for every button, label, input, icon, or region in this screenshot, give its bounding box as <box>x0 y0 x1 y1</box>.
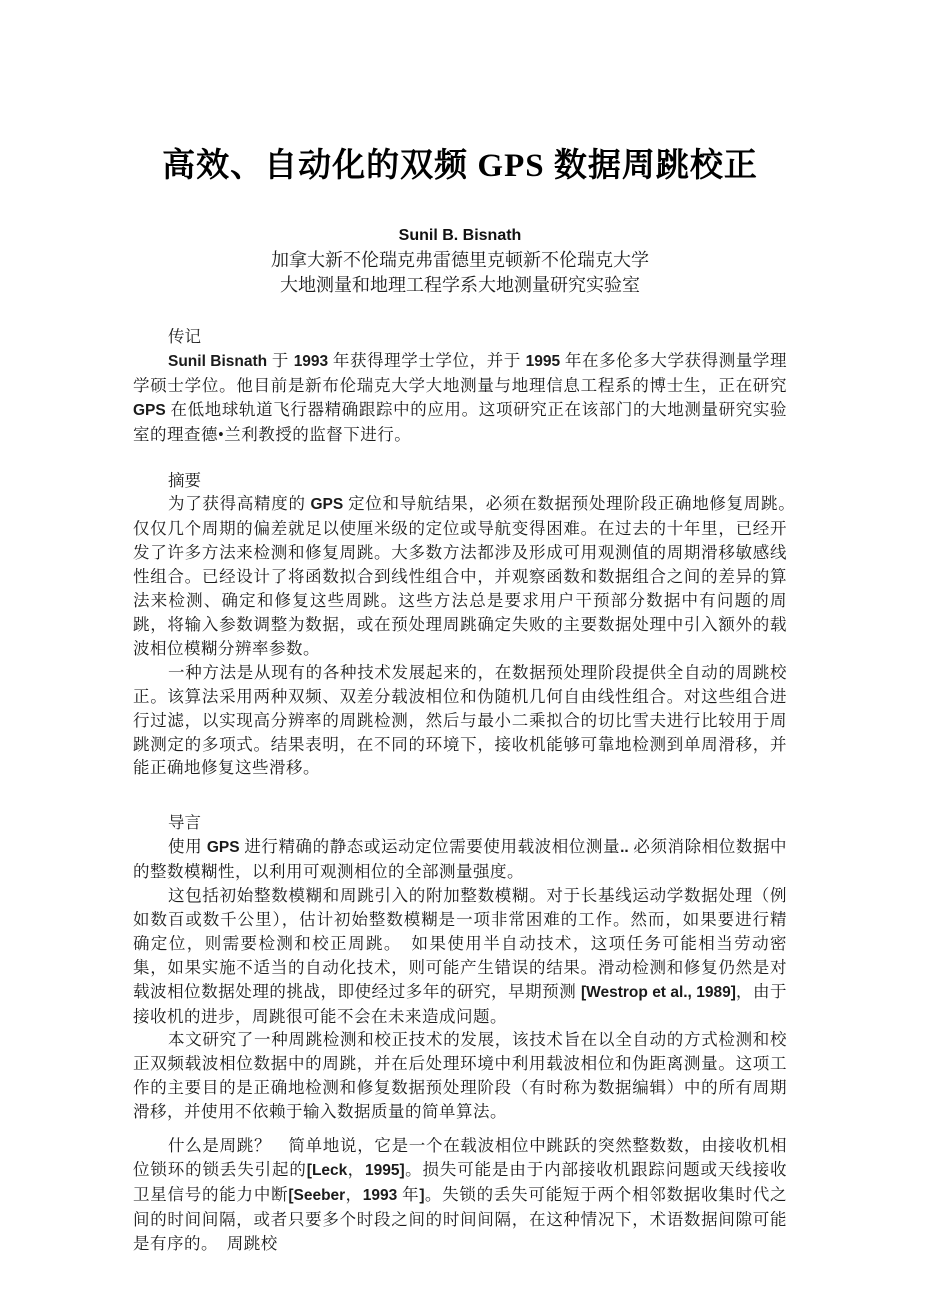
affiliation-line-1: 加拿大新不伦瑞克弗雷德里克顿新不伦瑞克大学 <box>133 248 787 273</box>
paragraph-introduction-3: 本文研究了一种周跳检测和校正技术的发展，该技术旨在以全自动的方式检测和校正双频载… <box>133 1028 787 1124</box>
section-introduction: 导言 使用 GPS 进行精确的静态或运动定位需要使用载波相位测量.. 必须消除相… <box>133 811 787 1255</box>
affiliation-line-2: 大地测量和地理工程学系大地测量研究实验室 <box>133 273 787 298</box>
section-heading-introduction: 导言 <box>133 811 787 835</box>
document-page: 高效、自动化的双频 GPS 数据周跳校正 Sunil B. Bisnath 加拿… <box>0 0 926 1309</box>
section-biography: 传记 Sunil Bisnath 于 1993 年获得理学士学位，并于 1995… <box>133 325 787 447</box>
author-name: Sunil B. Bisnath <box>133 224 787 248</box>
paragraph-biography-1: Sunil Bisnath 于 1993 年获得理学士学位，并于 1995 年在… <box>133 349 787 447</box>
section-heading-abstract: 摘要 <box>133 469 787 493</box>
paragraph-introduction-2: 这包括初始整数模糊和周跳引入的附加整数模糊。对于长基线运动学数据处理（例如数百或… <box>133 884 787 1028</box>
paragraph-introduction-1: 使用 GPS 进行精确的静态或运动定位需要使用载波相位测量.. 必须消除相位数据… <box>133 835 787 884</box>
section-heading-biography: 传记 <box>133 325 787 349</box>
author-block: Sunil B. Bisnath 加拿大新不伦瑞克弗雷德里克顿新不伦瑞克大学 大… <box>133 224 787 298</box>
page-title: 高效、自动化的双频 GPS 数据周跳校正 <box>133 146 787 186</box>
section-abstract: 摘要 为了获得高精度的 GPS 定位和导航结果，必须在数据预处理阶段正确地修复周… <box>133 469 787 781</box>
paragraph-introduction-4: 什么是周跳？ 简单地说，它是一个在载波相位中跳跃的突然整数数，由接收机相位锁环的… <box>133 1134 787 1256</box>
paragraph-abstract-1: 为了获得高精度的 GPS 定位和导航结果，必须在数据预处理阶段正确地修复周跳。 … <box>133 492 787 660</box>
paragraph-abstract-2: 一种方法是从现有的各种技术发展起来的，在数据预处理阶段提供全自动的周跳校正。该算… <box>133 661 787 781</box>
